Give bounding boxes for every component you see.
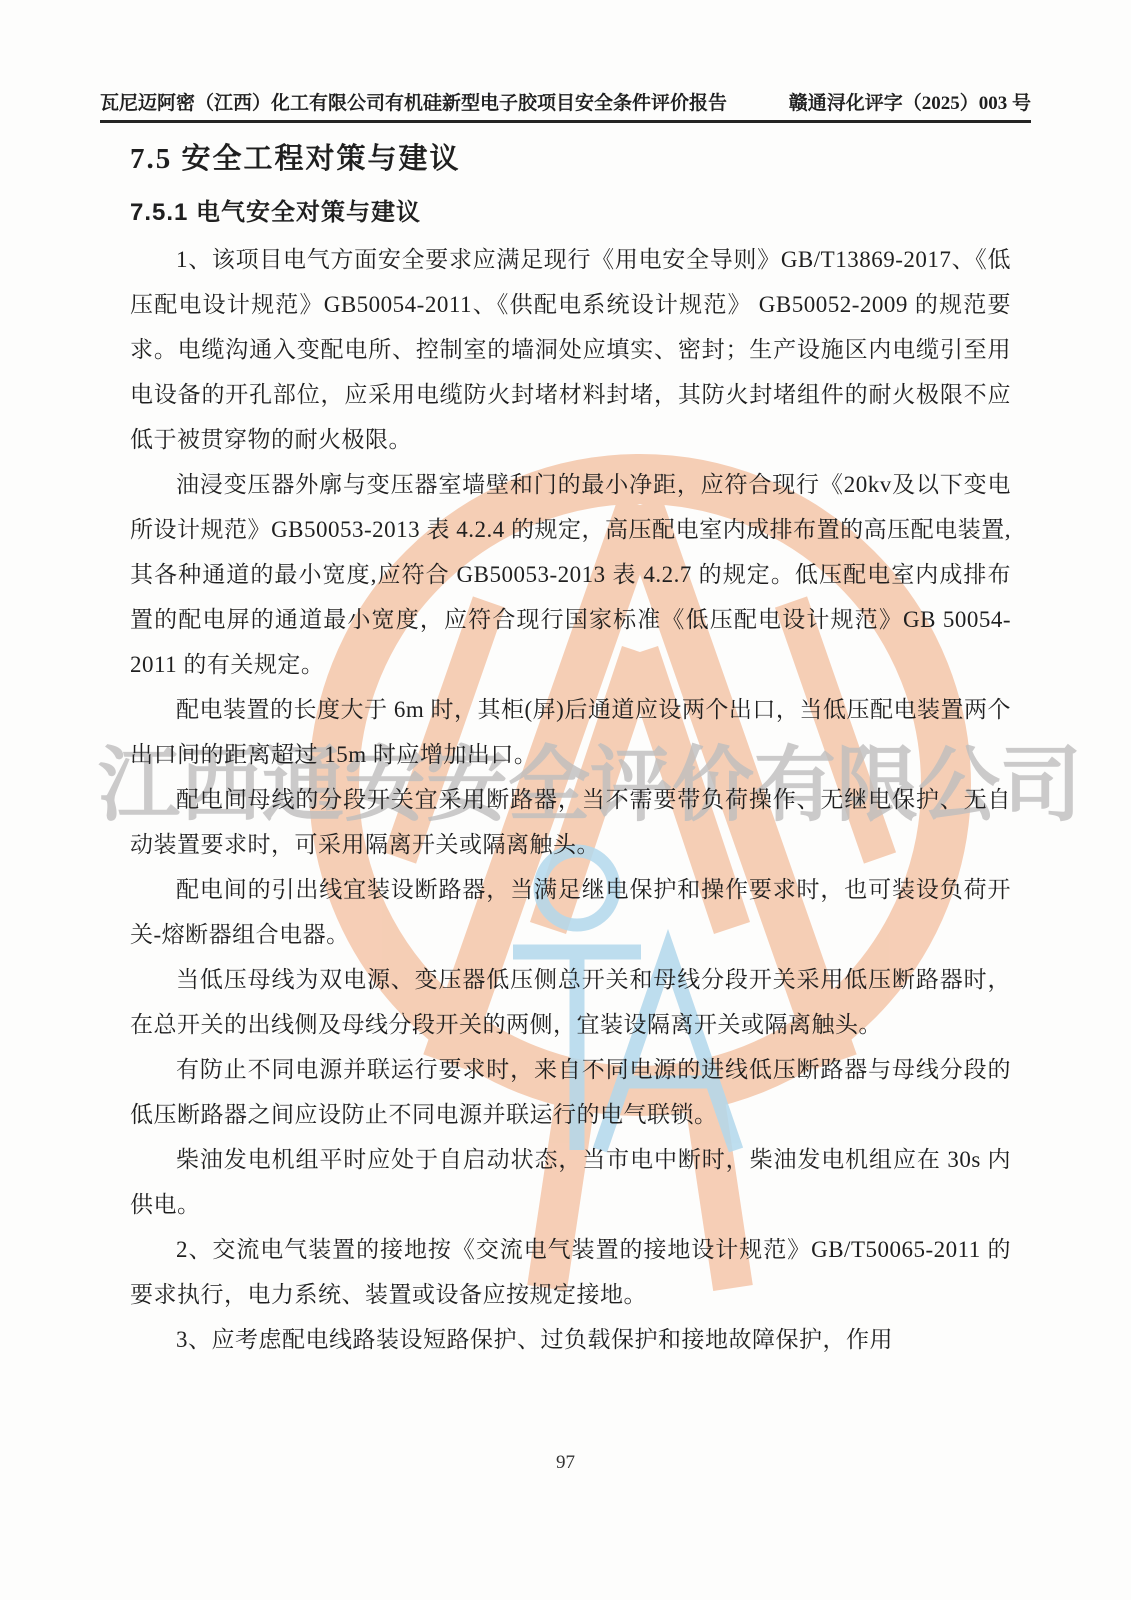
paragraph-2: 油浸变压器外廓与变压器室墙壁和门的最小净距，应符合现行《20kv及以下变电所设计… (130, 462, 1011, 687)
paragraph-3: 配电装置的长度大于 6m 时，其柜(屏)后通道应设两个出口，当低压配电装置两个出… (130, 687, 1011, 777)
paragraph-7: 有防止不同电源并联运行要求时，来自不同电源的进线低压断路器与母线分段的低压断路器… (130, 1047, 1011, 1137)
paragraph-9: 2、交流电气装置的接地按《交流电气装置的接地设计规范》GB/T50065-201… (130, 1227, 1011, 1317)
subsection-heading: 7.5.1 电气安全对策与建议 (130, 192, 421, 227)
header-report-title: 瓦尼迈阿密（江西）化工有限公司有机硅新型电子胶项目安全条件评价报告 (100, 88, 727, 115)
section-heading: 7.5 安全工程对策与建议 (130, 136, 461, 177)
paragraph-1: 1、该项目电气方面安全要求应满足现行《用电安全导则》GB/T13869-2017… (130, 237, 1011, 462)
page-number: 97 (0, 1452, 1131, 1474)
page-header: 瓦尼迈阿密（江西）化工有限公司有机硅新型电子胶项目安全条件评价报告 赣通浔化评字… (100, 88, 1031, 123)
paragraph-5: 配电间的引出线宜装设断路器，当满足继电保护和操作要求时，也可装设负荷开关-熔断器… (130, 867, 1011, 957)
paragraph-4: 配电间母线的分段开关宜采用断路器，当不需要带负荷操作、无继电保护、无自动装置要求… (130, 777, 1011, 867)
paragraph-10: 3、应考虑配电线路装设短路保护、过负载保护和接地故障保护，作用 (130, 1317, 1011, 1362)
document-page: 江西通安安全评价有限公司 瓦尼迈阿密（江西）化工有限公司有机硅新型电子胶项目安全… (0, 0, 1131, 1600)
header-doc-number: 赣通浔化评字（2025）003 号 (789, 88, 1031, 115)
content-layer: 瓦尼迈阿密（江西）化工有限公司有机硅新型电子胶项目安全条件评价报告 赣通浔化评字… (0, 0, 1131, 1600)
paragraph-8: 柴油发电机组平时应处于自启动状态，当市电中断时，柴油发电机组应在 30s 内供电… (130, 1137, 1011, 1227)
paragraph-6: 当低压母线为双电源、变压器低压侧总开关和母线分段开关采用低压断路器时，在总开关的… (130, 957, 1011, 1047)
body-text: 1、该项目电气方面安全要求应满足现行《用电安全导则》GB/T13869-2017… (130, 237, 1011, 1362)
